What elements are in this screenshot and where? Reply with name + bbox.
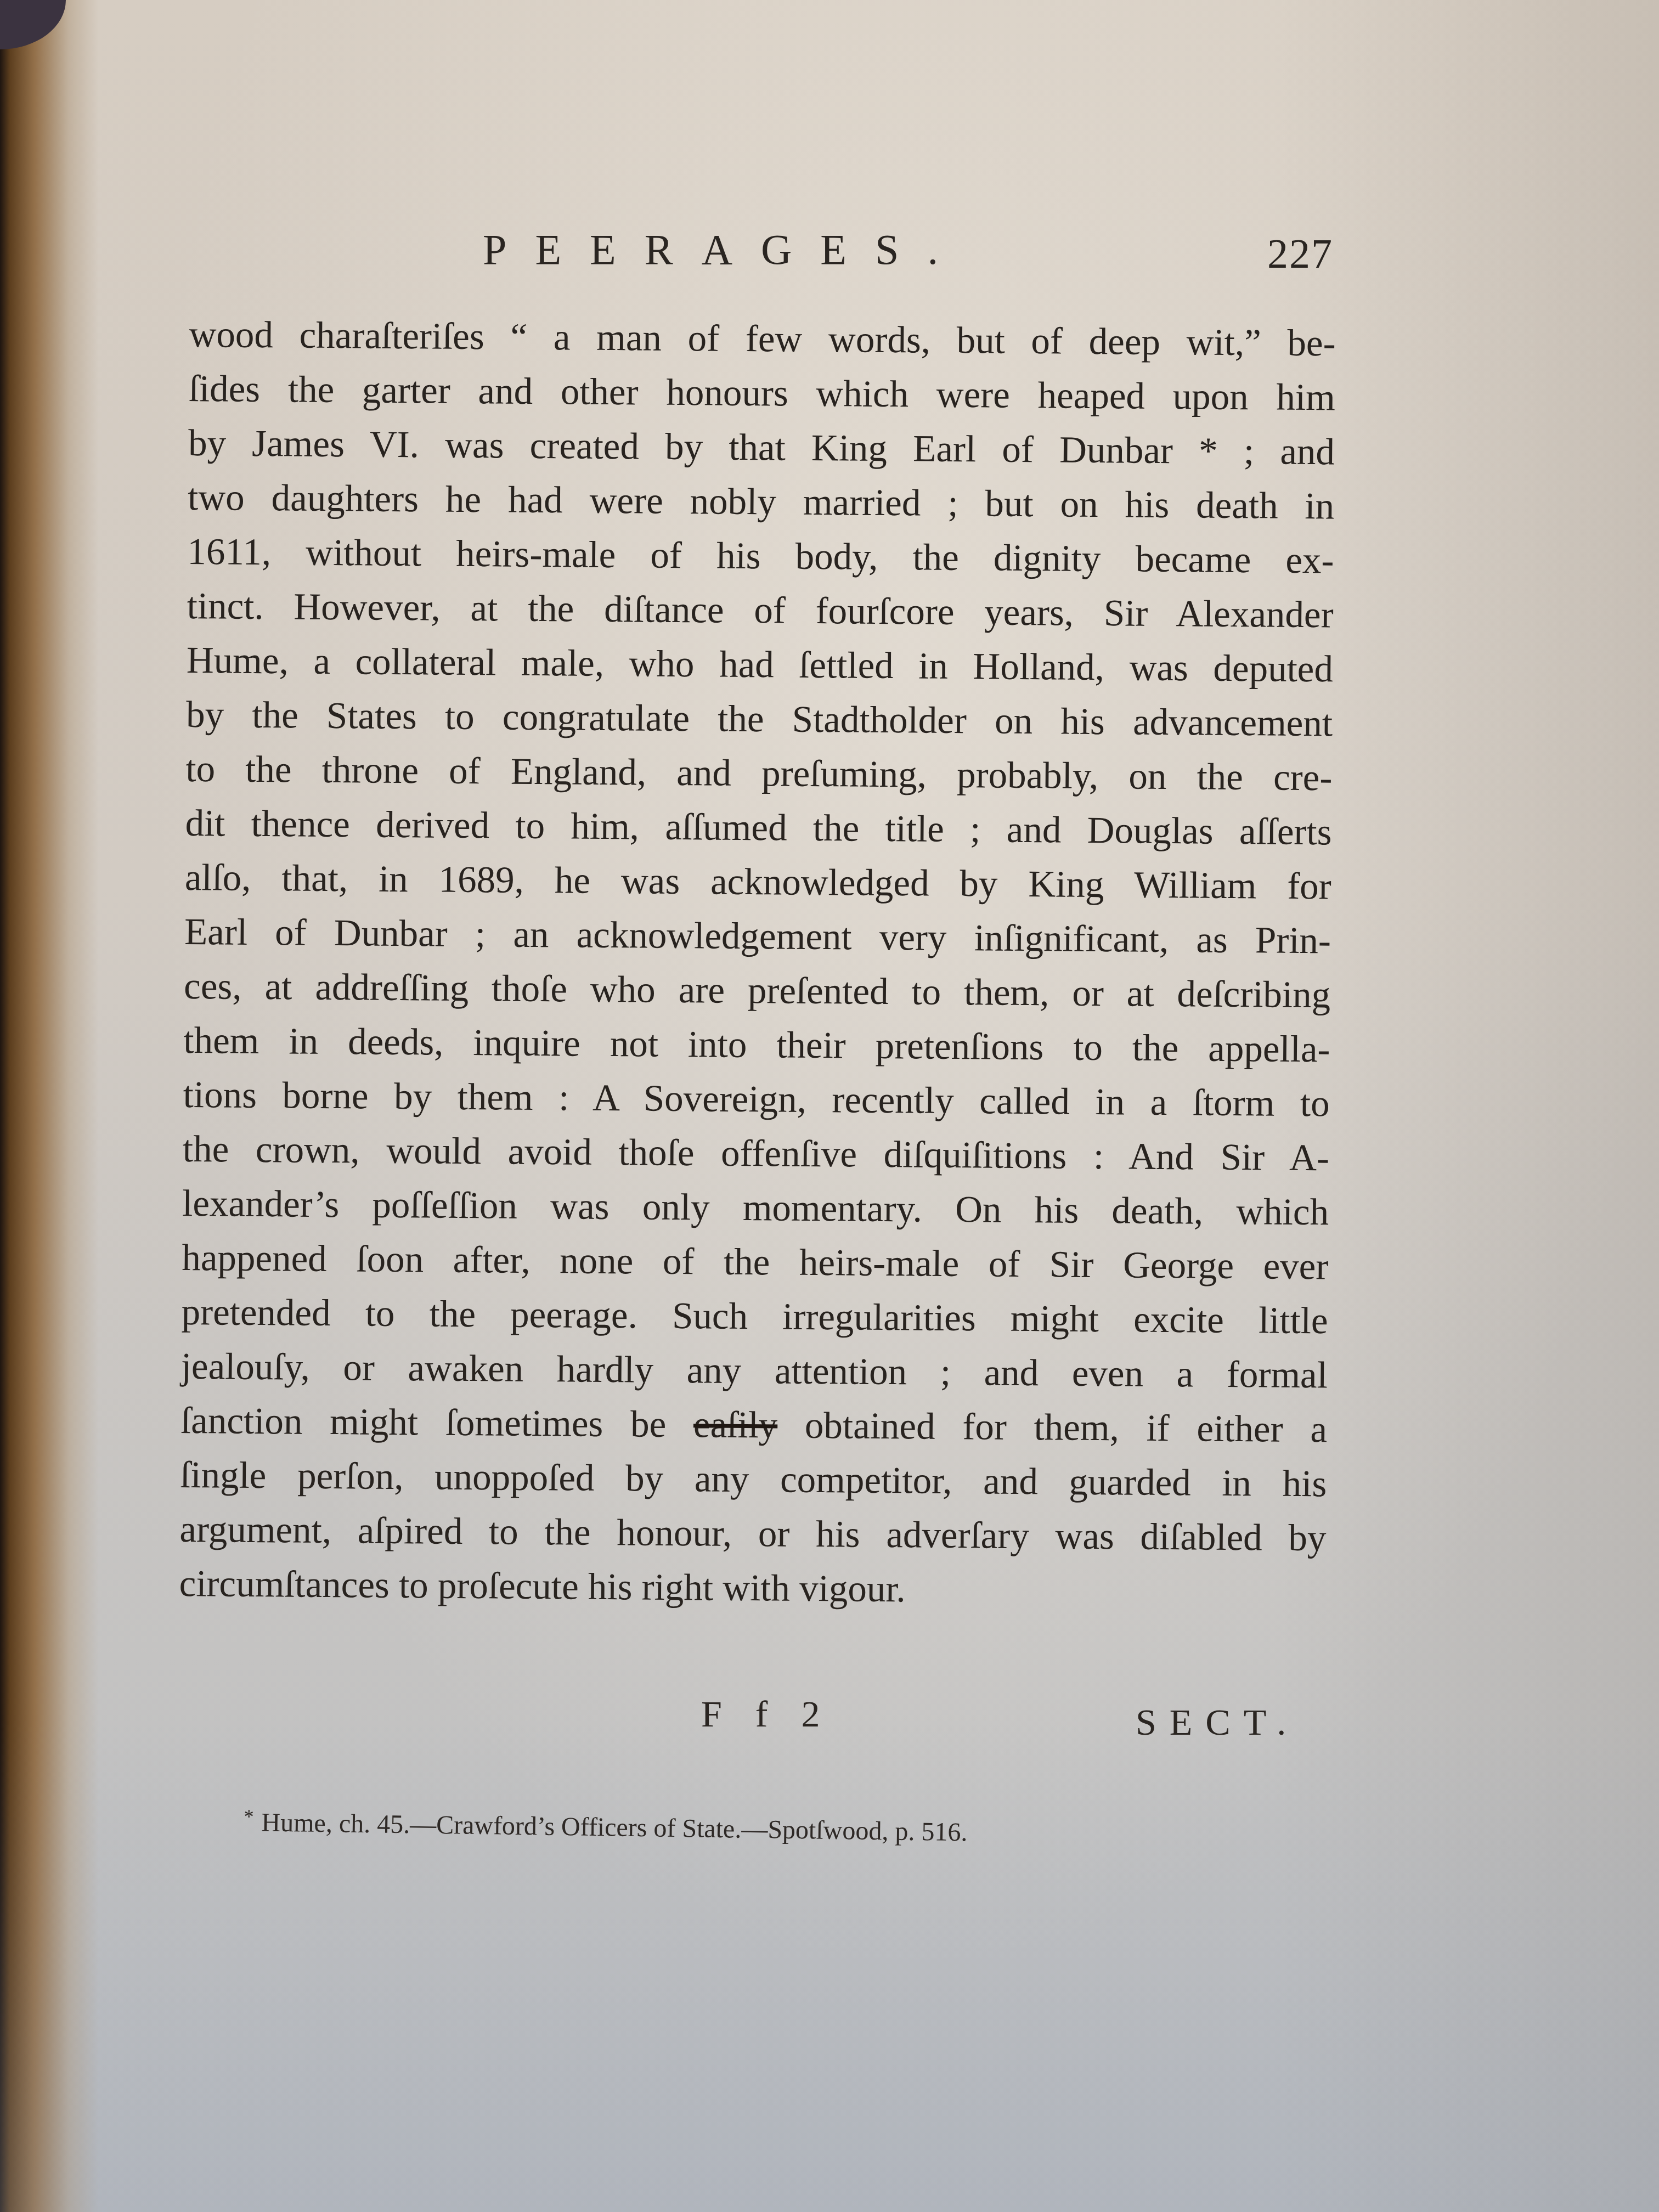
text-line: 1611, without heirs-male of his body, th… bbox=[187, 524, 1334, 588]
text-line: tinct. However, at the diſtance of fourſ… bbox=[187, 579, 1334, 642]
text-line: circumſtances to proſecute his right wit… bbox=[179, 1556, 1326, 1620]
text-line: happened ſoon after, none of the heirs-m… bbox=[182, 1231, 1329, 1294]
text-line: Earl of Dunbar ; an acknowledgement very… bbox=[184, 905, 1331, 968]
text-line: Hume, a collateral male, who had ſettled… bbox=[187, 633, 1334, 696]
page-shading-bottom bbox=[0, 1718, 1659, 2212]
text-line: two daughters he had were nobly married … bbox=[188, 470, 1335, 533]
book-page: PEERAGES. 227 wood charaſteriſes “ a man… bbox=[0, 0, 1659, 2212]
text-line: wood charaſteriſes “ a man of few words,… bbox=[189, 307, 1336, 370]
text-line: to the throne of England, and preſuming,… bbox=[185, 742, 1333, 805]
text-line-with-strikethrough: ſanction might ſometimes be eaſily obtai… bbox=[180, 1393, 1328, 1457]
body-text: wood charaſteriſes “ a man of few words,… bbox=[179, 307, 1336, 1620]
running-head: PEERAGES. bbox=[483, 225, 967, 274]
text-line: ſides the garter and other honours which… bbox=[188, 362, 1335, 425]
text-line: pretended to the peerage. Such irregular… bbox=[181, 1285, 1328, 1348]
signature-mark: F f 2 bbox=[701, 1692, 832, 1736]
text-line: dit thence derived to him, aſſumed the t… bbox=[185, 796, 1332, 859]
text-line: them in deeds, inquire not into their pr… bbox=[183, 1013, 1330, 1076]
text-line: ſingle perſon, unoppoſed by any competit… bbox=[180, 1448, 1327, 1511]
footnote-marker: * bbox=[244, 1805, 254, 1827]
text-line: argument, aſpired to the honour, or his … bbox=[179, 1502, 1327, 1565]
text-segment: ſanction might ſometimes be bbox=[180, 1400, 667, 1445]
text-line: lexander’s poſſeſſion was only momentary… bbox=[182, 1176, 1329, 1239]
text-line: alſo, that, in 1689, he was acknowledged… bbox=[184, 850, 1331, 913]
text-line: tions borne by them : A Sovereign, recen… bbox=[183, 1068, 1330, 1131]
text-line: ces, at addreſſing thoſe who are preſent… bbox=[184, 959, 1331, 1022]
text-line: jealouſy, or awaken hardly any attention… bbox=[180, 1339, 1328, 1402]
struck-through-word: eaſily bbox=[693, 1403, 778, 1446]
text-line: by James VI. was created by that King Ea… bbox=[188, 416, 1335, 479]
text-segment: obtained for them, if either a bbox=[805, 1404, 1328, 1450]
text-line: the crown, would avoid thoſe offenſive d… bbox=[183, 1122, 1330, 1185]
text-line: by the States to congratulate the Stadth… bbox=[186, 687, 1333, 751]
catchword: SECT. bbox=[1136, 1701, 1299, 1744]
page-number: 227 bbox=[1267, 230, 1333, 278]
